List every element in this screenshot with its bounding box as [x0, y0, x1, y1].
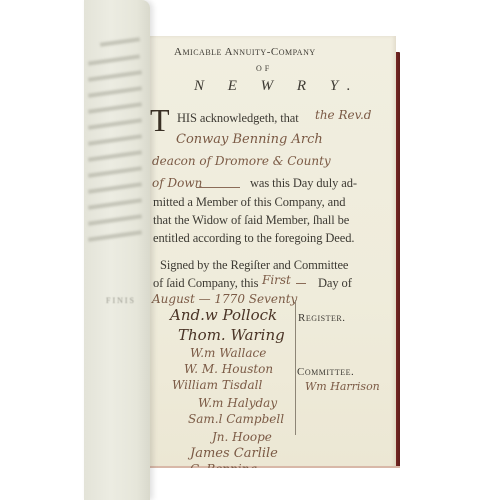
blurred-text-line: [88, 118, 142, 129]
committee-signature-5: W.m Halyday: [198, 396, 277, 410]
blurred-text-line: [88, 150, 142, 161]
fill-line: [296, 283, 306, 284]
blurred-text-line: [88, 102, 142, 113]
member-name-line-2: Conway Benning Arch: [176, 132, 323, 147]
body-line-1: HIS acknowledgeth, that: [177, 111, 299, 126]
member-name-line-4: of Down: [152, 176, 202, 190]
committee-signature-7: Jn. Hoope: [212, 430, 272, 444]
body-line-5: mitted a Member of this Company, and: [153, 195, 345, 210]
register-signature: And.w Pollock: [170, 306, 277, 324]
drop-cap: T: [150, 104, 170, 136]
committee-signature-3: W. M. Houston: [184, 362, 273, 376]
signed-line-2-tail: Day of: [318, 276, 352, 291]
signed-month-year: August — 1770 Seventy: [152, 292, 297, 306]
committee-signature-9: C. Benning: [190, 462, 257, 468]
body-line-7: entitled according to the foregoing Deed…: [153, 231, 354, 246]
committee-signature-6: Sam.l Campbell: [188, 412, 284, 426]
signed-line-1: Signed by the Regiſter and Committee: [160, 258, 348, 273]
committee-signature-1: Thom. Waring: [178, 326, 285, 344]
blurred-text-line: [88, 166, 142, 177]
side-signature: Wm Harrison: [305, 380, 380, 393]
blurred-text-line: [88, 134, 142, 145]
blurred-text-line: [88, 230, 142, 241]
blurred-text-line: [88, 214, 142, 225]
member-name-line-1: the Rev.d: [315, 108, 371, 122]
fill-line: [196, 187, 240, 188]
register-label: Register.: [298, 312, 345, 324]
signed-day: First: [262, 273, 291, 287]
committee-bracket: [291, 300, 296, 435]
facing-page-fold: FINIS: [84, 0, 150, 500]
blurred-text-line: [88, 54, 140, 65]
heading-of: OF: [256, 64, 272, 73]
body-line-6: that the Widow of ſaid Member, ſhall be: [153, 213, 349, 228]
blurred-text-line: [88, 70, 142, 81]
committee-signature-4: William Tisdall: [172, 378, 262, 392]
blurred-text-line: [88, 86, 142, 97]
heading-place: N E W R Y.: [194, 78, 361, 95]
company-title: Amicable Annuity-Company: [174, 46, 316, 58]
signed-line-2: of ſaid Company, this: [153, 276, 258, 291]
blurred-text-line: [88, 182, 142, 193]
blurred-text-line: [100, 37, 140, 47]
facing-page-footer: FINIS: [106, 296, 136, 305]
page-bottom-edge: [142, 466, 400, 468]
committee-label: Committee.: [297, 366, 354, 378]
body-line-4: was this Day duly ad-: [250, 176, 357, 191]
blurred-text-line: [88, 198, 142, 209]
committee-signature-2: W.m Wallace: [190, 346, 266, 360]
committee-signature-8: James Carlile: [190, 446, 278, 461]
member-name-line-3: deacon of Dromore & County: [152, 154, 331, 168]
